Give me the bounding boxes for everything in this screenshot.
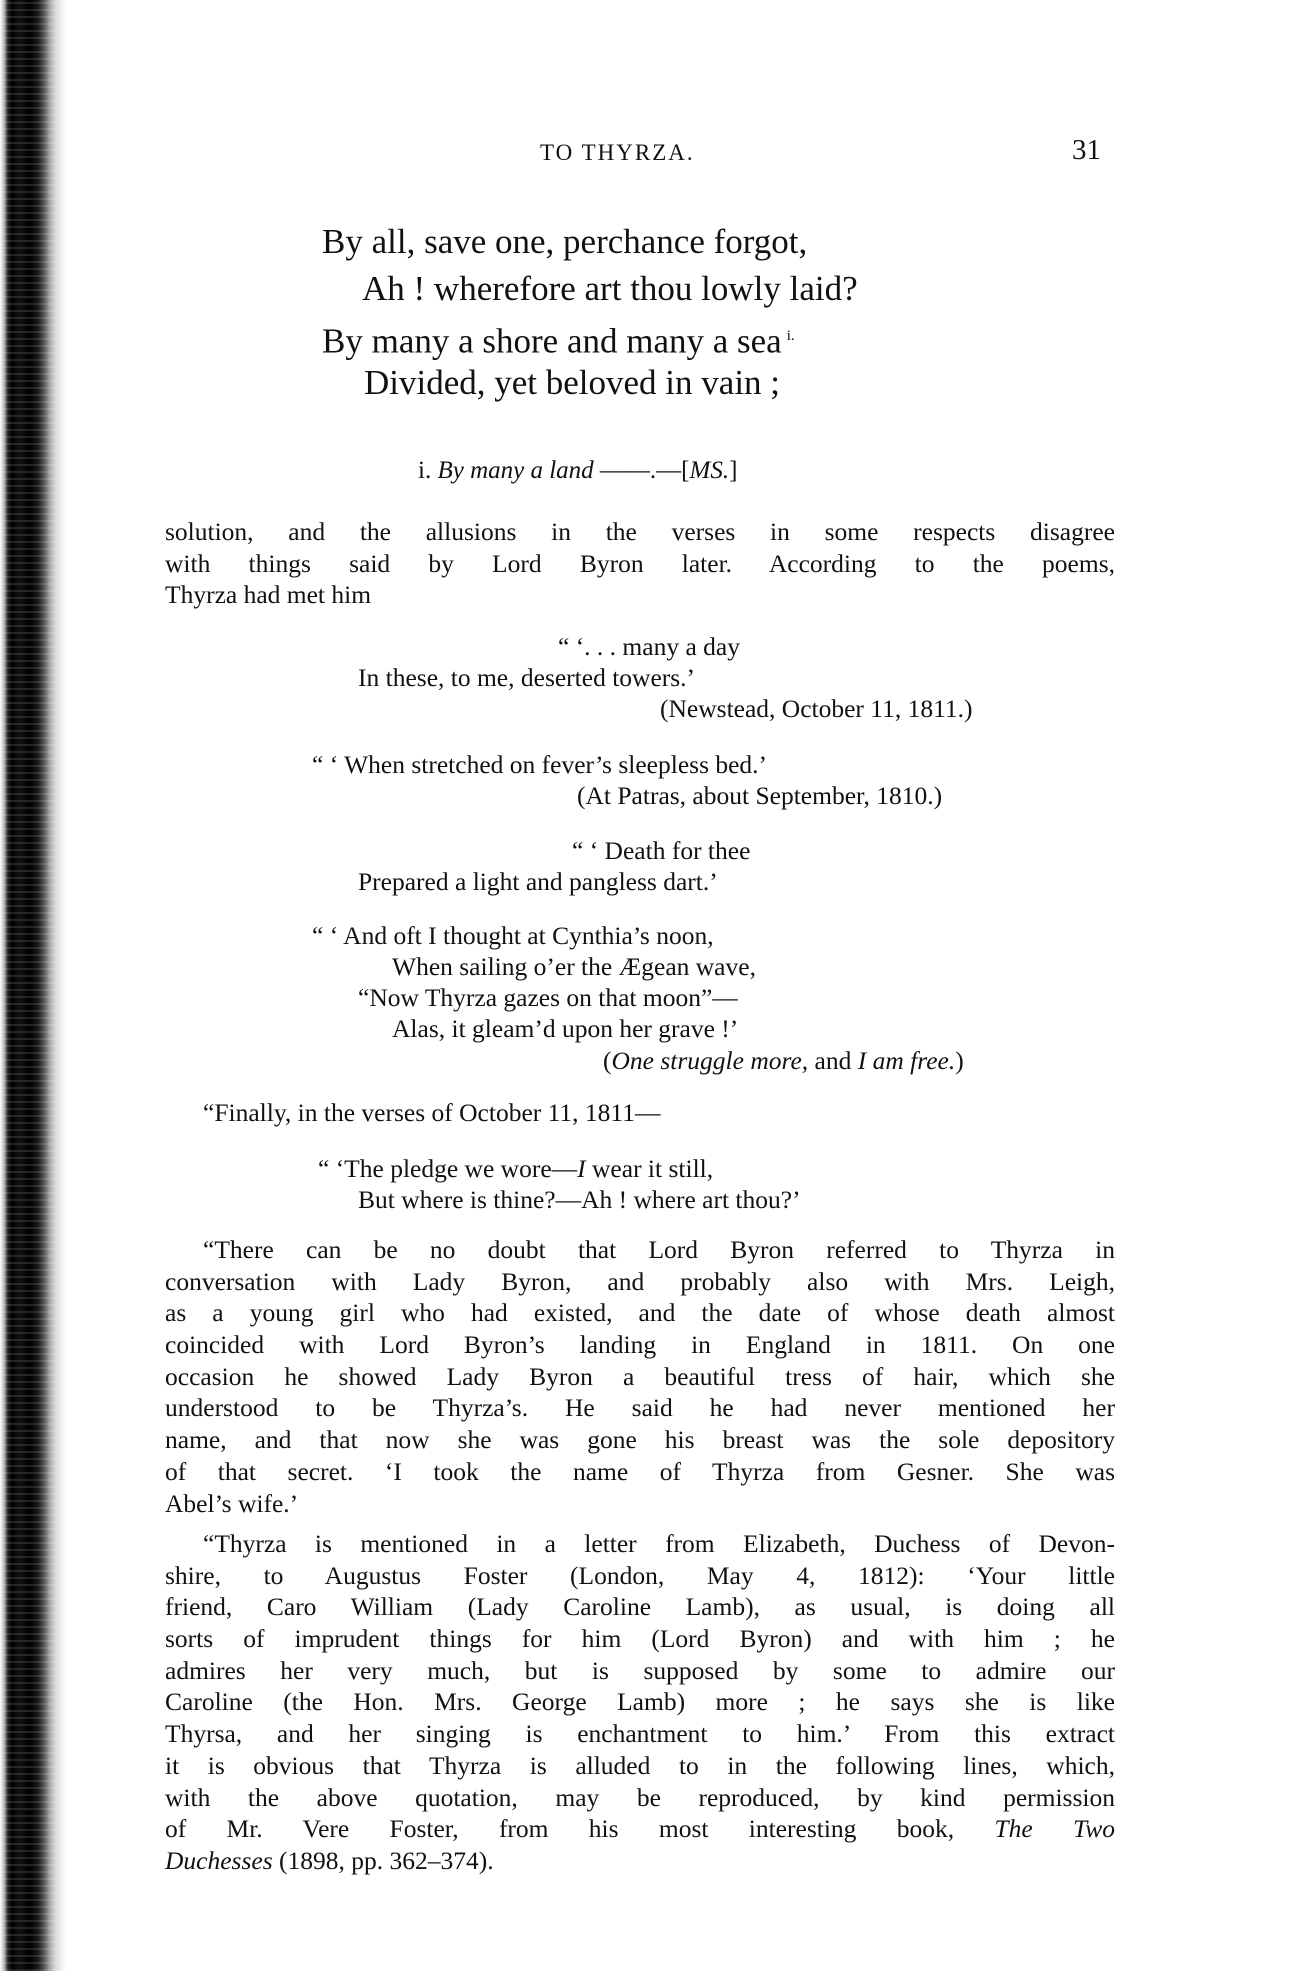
quote-4-line-1: “ ‘ And oft I thought at Cynthia’s noon,	[312, 921, 714, 950]
poem-line-3: By many a shore and many a seai.	[322, 316, 795, 362]
prose-line: “Thyrza is mentioned in a letter from El…	[165, 1528, 1115, 1560]
prose-line: understood to be Thyrza’s. He said he ha…	[165, 1392, 1115, 1424]
footnote-variant: By many a land	[437, 457, 593, 484]
prose-line: with things said by Lord Byron later. Ac…	[165, 548, 1115, 580]
prose-line-text: of Mr. Vere Foster, from his most intere…	[165, 1814, 994, 1843]
paragraph-no-doubt: “There can be no doubt that Lord Byron r…	[165, 1234, 1115, 1519]
footnote-source-open: —[	[656, 457, 689, 484]
quote-1-citation: (Newstead, October 11, 1811.)	[660, 694, 973, 723]
finally-line: “Finally, in the verses of October 11, 1…	[203, 1098, 660, 1127]
poem-line-1: By all, save one, perchance forgot,	[322, 222, 807, 262]
prose-line: occasion he showed Lady Byron a beautifu…	[165, 1361, 1115, 1393]
prose-line: Caroline (the Hon. Mrs. George Lamb) mor…	[165, 1686, 1115, 1718]
prose-line: sorts of imprudent things for him (Lord …	[165, 1623, 1115, 1655]
footnote-source-close: ]	[729, 457, 737, 484]
paragraph-solution: solution, and the allusions in the verse…	[165, 516, 1115, 611]
citation-mid: and	[808, 1046, 858, 1075]
footnote-marker: i.	[787, 328, 795, 344]
prose-line: of that secret. ‘I took the name of Thyr…	[165, 1456, 1115, 1488]
quote-5-prefix: “ ‘The pledge we wore—	[318, 1154, 577, 1183]
citation-italic-2: I am free.	[858, 1046, 955, 1075]
quote-1-line-1: “ ‘. . . many a day	[558, 632, 740, 661]
quote-4-line-4: Alas, it gleam’d upon her grave !’	[392, 1014, 738, 1043]
page-number: 31	[1072, 134, 1101, 167]
quote-5-italic: I	[577, 1154, 586, 1183]
citation-italic-1: One struggle more,	[612, 1046, 809, 1075]
prose-line: shire, to Augustus Foster (London, May 4…	[165, 1560, 1115, 1592]
poem-line-2: Ah ! wherefore art thou lowly laid?	[362, 269, 858, 309]
footnote-source: MS.	[690, 457, 730, 484]
prose-line: Thyrsa, and her singing is enchantment t…	[165, 1718, 1115, 1750]
prose-line: of Mr. Vere Foster, from his most intere…	[165, 1813, 1115, 1845]
prose-line: it is obvious that Thyrza is alluded to …	[165, 1750, 1115, 1782]
book-binding-shadow	[0, 0, 70, 1971]
citation-paren-open: (	[603, 1046, 612, 1075]
prose-line: name, and that now she was gone his brea…	[165, 1424, 1115, 1456]
prose-line: admires her very much, but is supposed b…	[165, 1655, 1115, 1687]
footnote-number: i.	[418, 457, 431, 484]
quote-4-line-2: When sailing o’er the Ægean wave,	[392, 952, 756, 981]
quote-1-line-2: In these, to me, deserted towers.’	[358, 663, 695, 692]
poem-line-4: Divided, yet beloved in vain ;	[364, 363, 780, 403]
citation-paren-close: )	[955, 1046, 964, 1075]
prose-line: as a young girl who had existed, and the…	[165, 1297, 1115, 1329]
prose-line: with the above quotation, may be reprodu…	[165, 1782, 1115, 1814]
running-title: TO THYRZA.	[540, 140, 695, 166]
quote-4-line-3: “Now Thyrza gazes on that moon”—	[358, 983, 738, 1012]
paragraph-duchess-letter: “Thyrza is mentioned in a letter from El…	[165, 1528, 1115, 1877]
quote-5-line-2: But where is thine?—Ah ! where art thou?…	[358, 1185, 801, 1214]
quote-4-citation: (One struggle more, and I am free.)	[603, 1046, 964, 1075]
quote-2-citation: (At Patras, about September, 1810.)	[577, 781, 942, 810]
quote-3-line-1: “ ‘ Death for thee	[572, 836, 750, 865]
prose-line: Thyrza had met him	[165, 579, 1115, 611]
prose-line: coincided with Lord Byron’s landing in E…	[165, 1329, 1115, 1361]
prose-line: Abel’s wife.’	[165, 1488, 1115, 1520]
prose-line: “There can be no doubt that Lord Byron r…	[165, 1234, 1115, 1266]
book-title-part-1: The Two	[994, 1814, 1115, 1843]
prose-line: friend, Caro William (Lady Caroline Lamb…	[165, 1591, 1115, 1623]
prose-line: conversation with Lady Byron, and probab…	[165, 1266, 1115, 1298]
prose-line: solution, and the allusions in the verse…	[165, 516, 1115, 548]
poem-line-3-text: By many a shore and many a sea	[322, 322, 782, 361]
prose-line: Duchesses (1898, pp. 362–374).	[165, 1845, 1115, 1877]
quote-5-line-1: “ ‘The pledge we wore—I wear it still,	[318, 1154, 713, 1183]
variant-footnote: i. By many a land ——.—[MS.]	[418, 457, 737, 485]
quote-2-line-1: “ ‘ When stretched on fever’s sleepless …	[312, 750, 767, 779]
quote-3-line-2: Prepared a light and pangless dart.’	[358, 867, 718, 896]
prose-line-text: (1898, pp. 362–374).	[273, 1846, 494, 1875]
book-title-part-2: Duchesses	[165, 1846, 273, 1875]
footnote-dash: ——.	[600, 457, 656, 484]
quote-5-suffix: wear it still,	[586, 1154, 713, 1183]
